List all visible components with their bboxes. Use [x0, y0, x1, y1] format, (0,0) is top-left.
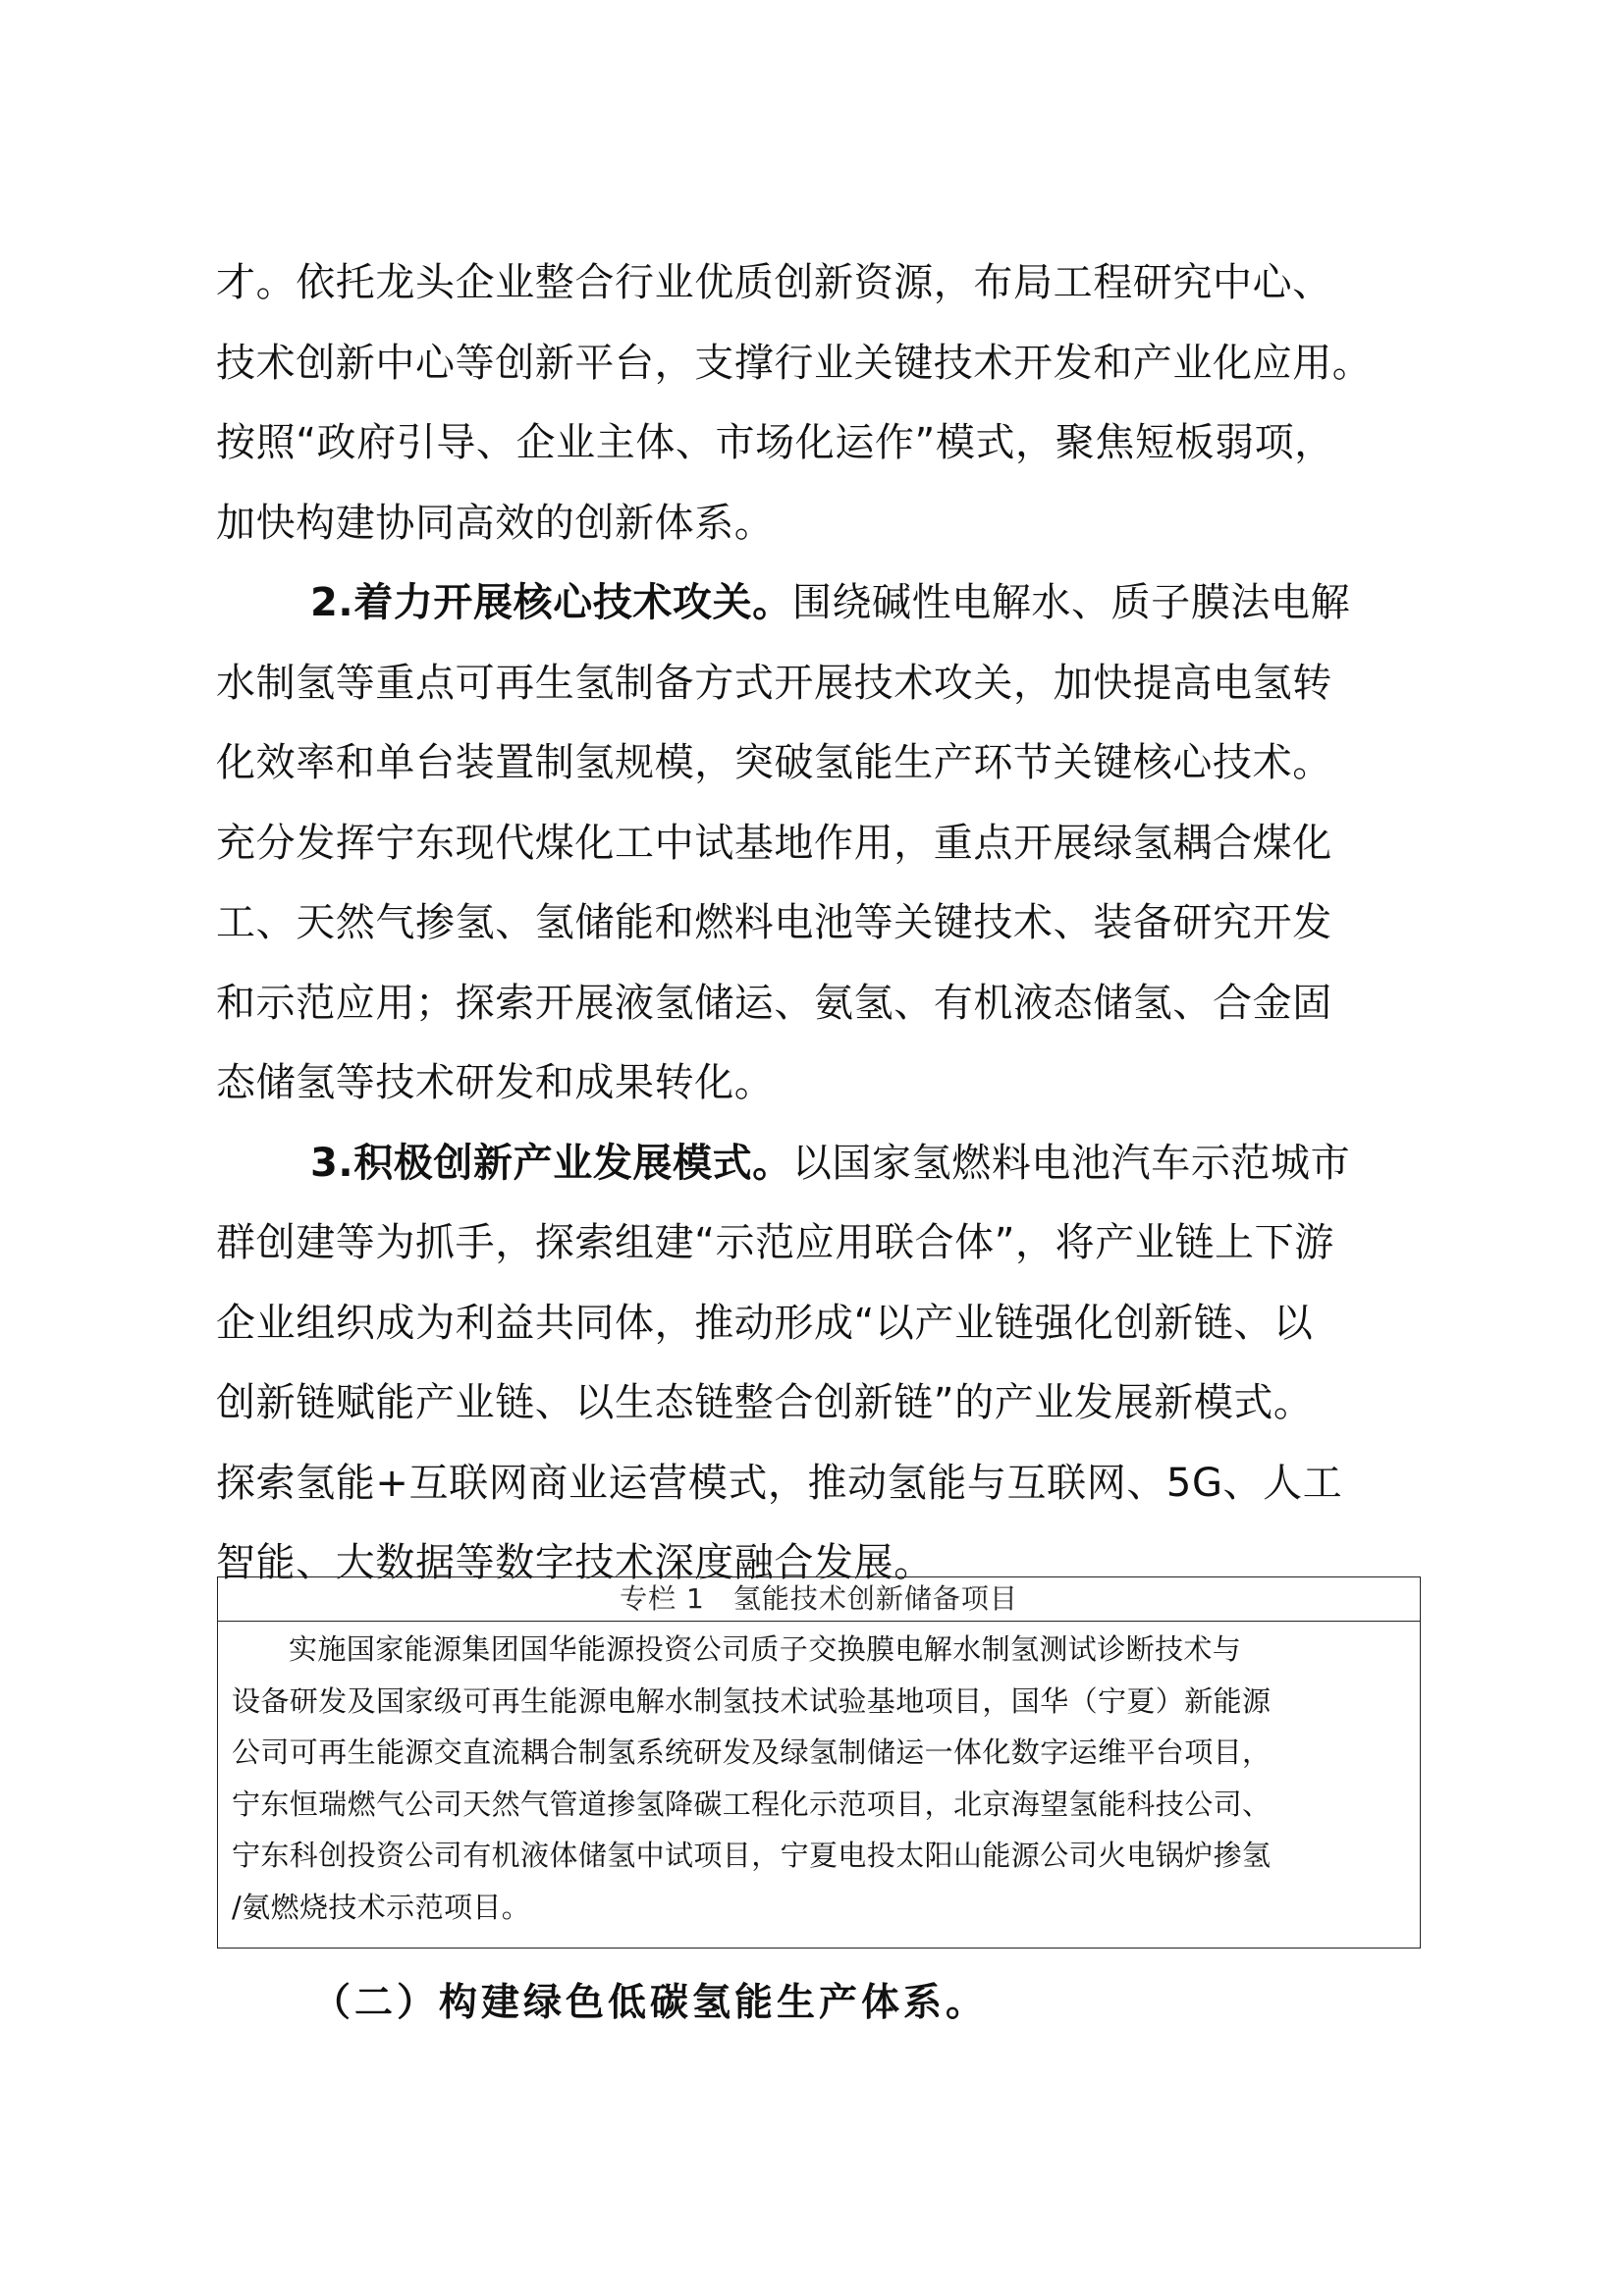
text-line: 态储氢等技术研发和成果转化。 [216, 1043, 1434, 1124]
box-text-line: 宁东科创投资公司有机液体储氢中试项目，宁夏电投太阳山能源公司火电锅炉掺氢 [232, 1830, 1412, 1882]
text-line: 探索氢能+互联网商业运营模式，推动氢能与互联网、5G、人工 [216, 1444, 1434, 1524]
text-line: 加快构建协同高效的创新体系。 [216, 484, 1434, 564]
text-line: 工、天然气掺氢、氢储能和燃料电池等关键技术、装备研究开发 [216, 883, 1434, 964]
box-text-line: 实施国家能源集团国华能源投资公司质子交换膜电解水制氢测试诊断技术与 [232, 1624, 1412, 1676]
text-line: 技术创新中心等创新平台，支撑行业关键技术开发和产业化应用。 [216, 324, 1434, 404]
text-line: 才。依托龙头企业整合行业优质创新资源，布局工程研究中心、 [216, 243, 1434, 324]
text-fragment: 围绕碱性电解水、质子膜法电解 [792, 580, 1350, 625]
paragraph-innovation-system: 才。依托龙头企业整合行业优质创新资源，布局工程研究中心、 技术创新中心等创新平台… [216, 243, 1434, 563]
text-line: 企业组织成为利益共同体，推动形成“以产业链强化创新链、以 [216, 1284, 1434, 1364]
text-line: 水制氢等重点可再生氢制备方式开展技术攻关，加快提高电氢转 [216, 644, 1434, 724]
text-line: 按照“政府引导、企业主体、市场化运作”模式，聚焦短板弱项， [216, 403, 1434, 484]
text-line: 和示范应用；探索开展液氢储运、氨氢、有机液态储氢、合金固 [216, 964, 1434, 1044]
paragraph-lead-heading: 3.积极创新产业发展模式。 [310, 1141, 792, 1186]
paragraph-industry-model: 3.积极创新产业发展模式。以国家氢燃料电池汽车示范城市 群创建等为抓手，探索组建… [216, 1124, 1434, 1604]
section-heading: （二）构建绿色低碳氢能生产体系。 [312, 1975, 988, 2030]
box-text-line: /氨燃烧技术示范项目。 [232, 1882, 1412, 1934]
column-box-title: 专栏 1 氢能技术创新储备项目 [218, 1577, 1420, 1622]
box-text-line: 宁东恒瑞燃气公司天然气管道掺氢降碳工程化示范项目，北京海望氢能科技公司、 [232, 1779, 1412, 1831]
text-line: 群创建等为抓手，探索组建“示范应用联合体”，将产业链上下游 [216, 1203, 1434, 1284]
paragraph-core-technology: 2.着力开展核心技术攻关。围绕碱性电解水、质子膜法电解 水制氢等重点可再生氢制备… [216, 563, 1434, 1124]
box-text-line: 公司可再生能源交直流耦合制氢系统研发及绿氢制储运一体化数字运维平台项目， [232, 1727, 1412, 1779]
column-box-body: 实施国家能源集团国华能源投资公司质子交换膜电解水制氢测试诊断技术与 设备研发及国… [218, 1622, 1420, 1933]
text-line: 创新链赋能产业链、以生态链整合创新链”的产业发展新模式。 [216, 1363, 1434, 1444]
text-line: 充分发挥宁东现代煤化工中试基地作用，重点开展绿氢耦合煤化 [216, 804, 1434, 884]
text-fragment: 以国家氢燃料电池汽车示范城市 [792, 1141, 1350, 1186]
text-line: 3.积极创新产业发展模式。以国家氢燃料电池汽车示范城市 [216, 1124, 1434, 1204]
box-text-line: 设备研发及国家级可再生能源电解水制氢技术试验基地项目，国华（宁夏）新能源 [232, 1676, 1412, 1728]
text-line: 2.着力开展核心技术攻关。围绕碱性电解水、质子膜法电解 [216, 563, 1434, 644]
body-text: 才。依托龙头企业整合行业优质创新资源，布局工程研究中心、 技术创新中心等创新平台… [216, 243, 1434, 1604]
paragraph-lead-heading: 2.着力开展核心技术攻关。 [310, 580, 792, 625]
text-line: 化效率和单台装置制氢规模，突破氢能生产环节关键核心技术。 [216, 723, 1434, 804]
document-page: 才。依托龙头企业整合行业优质创新资源，布局工程研究中心、 技术创新中心等创新平台… [0, 0, 1624, 2296]
column-box: 专栏 1 氢能技术创新储备项目 实施国家能源集团国华能源投资公司质子交换膜电解水… [217, 1576, 1421, 1949]
